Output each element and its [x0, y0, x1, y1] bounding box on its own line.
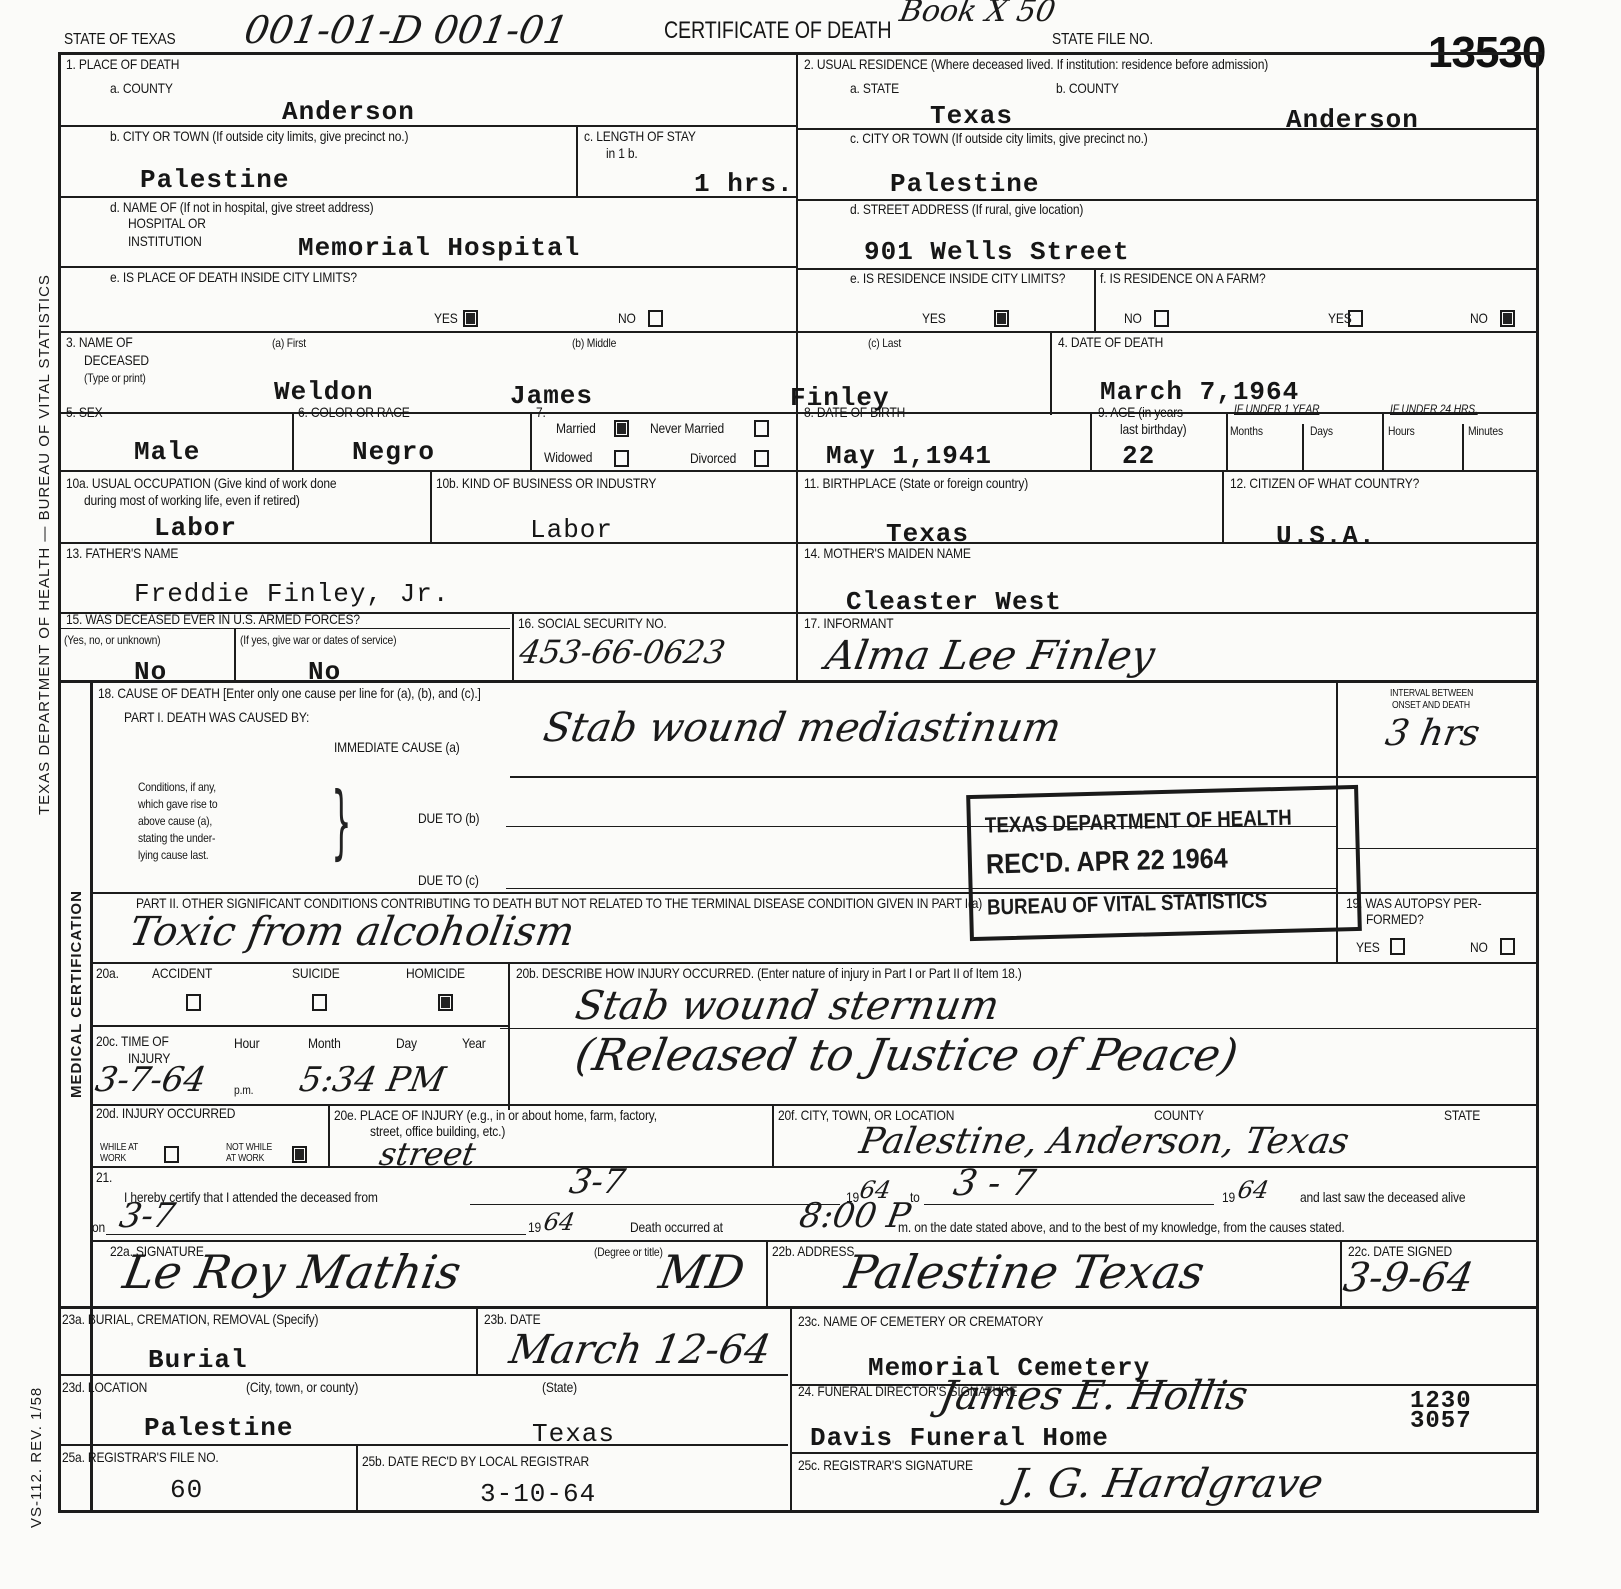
- rule: [1050, 331, 1052, 415]
- state-file-label: STATE FILE NO.: [1052, 32, 1153, 47]
- degree-label: (Degree or title): [594, 1246, 663, 1259]
- hour-label: Hour: [234, 1036, 259, 1051]
- cemetery-label: 23c. NAME OF CEMETERY OR CREMATORY: [798, 1314, 1043, 1329]
- res-street-value: 901 Wells Street: [864, 238, 1130, 266]
- occupation-value: Labor: [154, 514, 237, 542]
- citizen-value: U.S.A.: [1276, 522, 1376, 550]
- part2-value: Toxic from alcoholism: [127, 916, 576, 948]
- date-of-death-label: 4. DATE OF DEATH: [1058, 335, 1163, 350]
- married-label: Married: [556, 421, 596, 436]
- rule: [1094, 268, 1096, 332]
- rule: [1336, 848, 1538, 849]
- pod-county-value: Anderson: [282, 98, 415, 126]
- form-revision-label: VS-112. REV. 1/58: [28, 1387, 45, 1528]
- day-label: Day: [396, 1036, 417, 1051]
- rule: [106, 1234, 526, 1235]
- rule: [430, 470, 432, 542]
- location-city-label: (City, town, or county): [246, 1380, 358, 1395]
- age-label-1: 9. AGE (in years: [1098, 405, 1183, 420]
- under-24-hrs-label: IF UNDER 24 HRS.: [1390, 403, 1478, 416]
- rule: [1222, 470, 1224, 542]
- degree-value: MD: [657, 1256, 747, 1288]
- stamp-line-2: REC'D. APR 22 1964: [986, 842, 1229, 880]
- immediate-cause-label: IMMEDIATE CAUSE (a): [334, 740, 460, 755]
- first-name-value: Weldon: [274, 378, 374, 406]
- never-married-label: Never Married: [650, 421, 724, 436]
- armed-sub-label-2: (If yes, give war or dates of service): [240, 634, 396, 647]
- frame-bottom: [58, 1510, 1539, 1513]
- suicide-label: SUICIDE: [292, 966, 340, 981]
- rule: [60, 628, 510, 629]
- widowed-checkbox[interactable]: [614, 450, 629, 467]
- middle-name-value: James: [510, 382, 593, 410]
- mother-label: 14. MOTHER'S MAIDEN NAME: [804, 546, 971, 561]
- rule: [512, 612, 514, 682]
- res-state-value: Texas: [930, 102, 1013, 130]
- rule: [356, 1444, 358, 1512]
- due-to-c-label: DUE TO (c): [418, 873, 479, 888]
- rule: [790, 1306, 792, 1512]
- rule: [1226, 412, 1228, 470]
- minutes-label: Minutes: [1468, 425, 1503, 438]
- ssn-value: 453-66-0623: [517, 636, 728, 668]
- rule: [60, 680, 1538, 683]
- cert-num-label: 21.: [96, 1170, 112, 1185]
- rule: [60, 125, 796, 127]
- address-value: Palestine Texas: [843, 1256, 1206, 1288]
- divorced-label: Divorced: [690, 451, 736, 466]
- registrar-signature: J. G. Hardgrave: [1007, 1468, 1325, 1500]
- handwritten-code: 001-01-D 001-01: [242, 14, 570, 46]
- cert-on-date: 3-7: [117, 1200, 177, 1232]
- registrar-signature-label: 25c. REGISTRAR'S SIGNATURE: [798, 1458, 973, 1473]
- handwritten-note: Book X 50: [897, 0, 1058, 28]
- suicide-checkbox[interactable]: [312, 994, 327, 1011]
- burial-value: Burial: [148, 1346, 248, 1374]
- middle-name-label: (b) Middle: [572, 337, 616, 350]
- pod-no-label: NO: [618, 311, 636, 326]
- under-1-year-label: IF UNDER 1 YEAR: [1234, 403, 1319, 416]
- interval-value: 3 hrs: [1383, 718, 1482, 750]
- state-of-texas-label: STATE OF TEXAS: [64, 32, 176, 47]
- res-city-value: Palestine: [890, 170, 1039, 198]
- rule: [60, 331, 1538, 333]
- location-city-value: Palestine: [144, 1414, 293, 1442]
- rule: [530, 412, 532, 470]
- industry-label: 10b. KIND OF BUSINESS OR INDUSTRY: [436, 476, 656, 491]
- injury-occurred-label: 20d. INJURY OCCURRED: [96, 1106, 235, 1121]
- burial-date-label: 23b. DATE: [484, 1312, 540, 1327]
- marital-label: 7.: [536, 405, 546, 420]
- rule: [90, 1240, 1538, 1242]
- pod-stay-label: c. LENGTH OF STAY: [584, 129, 696, 144]
- pod-county-label: a. COUNTY: [110, 81, 173, 96]
- cause-label: 18. CAUSE OF DEATH [Enter only one cause…: [98, 686, 481, 701]
- res-yes-label: YES: [922, 311, 946, 326]
- res-county-label: b. COUNTY: [1056, 81, 1119, 96]
- rule: [60, 196, 796, 198]
- describe-injury-value-2: (Released to Justice of Peace): [573, 1040, 1240, 1072]
- pod-hospital-label-2: HOSPITAL OR: [128, 216, 206, 231]
- sex-value: Male: [134, 438, 200, 466]
- res-no-label: NO: [1124, 311, 1142, 326]
- stamp-line-1: TEXAS DEPARTMENT OF HEALTH: [985, 805, 1292, 839]
- armed-forces-label: 15. WAS DECEASED EVER IN U.S. ARMED FORC…: [66, 612, 360, 627]
- received-stamp: TEXAS DEPARTMENT OF HEALTH REC'D. APR 22…: [966, 785, 1362, 941]
- birthplace-label: 11. BIRTHPLACE (State or foreign country…: [804, 476, 1028, 491]
- certificate-title: CERTIFICATE OF DEATH: [664, 18, 891, 44]
- rule: [576, 125, 578, 197]
- rule: [328, 1104, 330, 1168]
- father-label: 13. FATHER'S NAME: [66, 546, 178, 561]
- burial-date-value: March 12-64: [507, 1334, 773, 1366]
- name-label-1: 3. NAME OF: [66, 335, 133, 350]
- autopsy-label-1: 19. WAS AUTOPSY PER-: [1346, 896, 1482, 911]
- local-registrar-date-label: 25b. DATE REC'D BY LOCAL REGISTRAR: [362, 1454, 589, 1469]
- father-value: Freddie Finley, Jr.: [134, 580, 449, 608]
- registrar-file-label: 25a. REGISTRAR'S FILE NO.: [62, 1450, 219, 1465]
- dob-label: 8. DATE OF BIRTH: [804, 405, 905, 420]
- accident-label: ACCIDENT: [152, 966, 212, 981]
- informant-label: 17. INFORMANT: [804, 616, 893, 631]
- rule: [470, 1204, 840, 1205]
- age-value: 22: [1122, 442, 1155, 470]
- autopsy-label-2: FORMED?: [1366, 912, 1424, 927]
- rule: [60, 1444, 788, 1446]
- rule: [772, 1104, 774, 1168]
- time-of-injury-hour: 5:34 PM: [297, 1064, 448, 1096]
- pod-city-value: Palestine: [140, 166, 289, 194]
- describe-injury-label: 20b. DESCRIBE HOW INJURY OCCURRED. (Ente…: [516, 966, 1022, 981]
- pod-inside-no-checkbox[interactable]: [648, 310, 663, 327]
- pod-hospital-label: d. NAME OF (If not in hospital, give str…: [110, 200, 373, 215]
- time-of-injury-date: 3-7-64: [93, 1064, 208, 1096]
- res-farm-no-checkbox[interactable]: [1500, 310, 1515, 327]
- burial-label: 23a. BURIAL, CREMATION, REMOVAL (Specify…: [62, 1312, 318, 1327]
- res-inside-limits-label: e. IS RESIDENCE INSIDE CITY LIMITS?: [850, 271, 1065, 286]
- widowed-label: Widowed: [544, 450, 592, 465]
- cert-to-year: 64: [1235, 1174, 1271, 1206]
- place-of-death-label: 1. PLACE OF DEATH: [66, 57, 179, 72]
- rule: [60, 470, 1538, 472]
- frame-right: [1536, 52, 1539, 1512]
- informant-value: Alma Lee Finley: [823, 640, 1157, 672]
- divorced-checkbox[interactable]: [754, 450, 769, 467]
- armed-sub-label-1: (Yes, no, or unknown): [64, 634, 160, 647]
- autopsy-yes-checkbox[interactable]: [1390, 938, 1405, 955]
- brace-icon: }: [331, 782, 351, 862]
- registrar-file-value: 60: [170, 1476, 203, 1504]
- rule: [90, 1025, 508, 1027]
- pod-inside-yes-checkbox[interactable]: [463, 310, 478, 327]
- res-city-label: c. CITY OR TOWN (If outside city limits,…: [850, 131, 1148, 146]
- conditions-line-3: above cause (a),: [138, 815, 212, 828]
- pm-label: p.m.: [234, 1084, 253, 1097]
- cert-year-prefix-2: 19: [1222, 1190, 1235, 1205]
- not-while-at-work-checkbox[interactable]: [292, 1146, 307, 1163]
- place-of-injury-label: 20e. PLACE OF INJURY (e.g., in or about …: [334, 1108, 657, 1123]
- autopsy-yes-label: YES: [1356, 940, 1380, 955]
- res-inside-no-checkbox[interactable]: [1154, 310, 1169, 327]
- accident-checkbox[interactable]: [186, 994, 201, 1011]
- describe-injury-value-1: Stab wound sternum: [573, 990, 1001, 1022]
- res-farm-no-label: NO: [1470, 311, 1488, 326]
- autopsy-no-checkbox[interactable]: [1500, 938, 1515, 955]
- homicide-label: HOMICIDE: [406, 966, 465, 981]
- due-to-b-label: DUE TO (b): [418, 811, 479, 826]
- ssn-label: 16. SOCIAL SECURITY NO.: [518, 616, 667, 631]
- conditions-line-2: which gave rise to: [138, 798, 218, 811]
- conditions-line-1: Conditions, if any,: [138, 781, 216, 794]
- medical-certification-label: MEDICAL CERTIFICATION: [68, 890, 85, 1098]
- immediate-cause-value: Stab wound mediastinum: [541, 712, 1063, 744]
- rule: [90, 1166, 1538, 1168]
- address-label: 22b. ADDRESS: [772, 1244, 854, 1259]
- interval-label-1: INTERVAL BETWEEN: [1390, 688, 1473, 699]
- funeral-home-code-2: 3057: [1410, 1412, 1472, 1432]
- dob-value: May 1,1941: [826, 442, 992, 470]
- not-while-at-work-label: NOT WHILE: [226, 1142, 272, 1153]
- res-state-label: a. STATE: [850, 81, 899, 96]
- name-label-3: (Type or print): [84, 372, 146, 385]
- rule: [58, 1306, 1538, 1309]
- death-occurred-at-value: 8:00 P: [797, 1200, 913, 1232]
- location-state-label: (State): [542, 1380, 577, 1395]
- date-signed-value: 3-9-64: [1341, 1262, 1475, 1294]
- rule: [1090, 412, 1092, 470]
- cert-to-value: 3 - 7: [951, 1168, 1038, 1200]
- rule: [1302, 424, 1304, 470]
- time-of-injury-label: 20c. TIME OF: [96, 1034, 169, 1049]
- not-while-at-work-label-2: AT WORK: [226, 1153, 264, 1164]
- divider-col-mid: [796, 52, 798, 682]
- never-married-checkbox[interactable]: [754, 420, 769, 437]
- citizen-label: 12. CITIZEN OF WHAT COUNTRY?: [1230, 476, 1419, 491]
- hours-label: Hours: [1388, 425, 1415, 438]
- cert-from-value: 3-7: [567, 1166, 627, 1198]
- injury-type-label: 20a.: [96, 966, 119, 981]
- occupation-label-2: during most of working life, even if ret…: [84, 493, 300, 508]
- frame-left: [58, 52, 61, 1512]
- frame-top: [58, 52, 1542, 55]
- rule: [924, 1204, 1214, 1205]
- months-label: Months: [1230, 425, 1263, 438]
- days-label: Days: [1310, 425, 1333, 438]
- rule: [510, 776, 1538, 778]
- month-label: Month: [308, 1036, 341, 1051]
- race-value: Negro: [352, 438, 435, 466]
- year-label: Year: [462, 1036, 486, 1051]
- occupation-label-1: 10a. USUAL OCCUPATION (Give kind of work…: [66, 476, 336, 491]
- residence-label: 2. USUAL RESIDENCE (Where deceased lived…: [804, 57, 1268, 72]
- injury-state-label: STATE: [1444, 1108, 1480, 1123]
- rule: [234, 628, 236, 682]
- industry-value: Labor: [530, 516, 613, 544]
- rule: [1382, 412, 1384, 470]
- rule: [508, 962, 510, 1110]
- death-occurred-at-label: Death occurred at: [630, 1220, 723, 1235]
- cert-text-2: and last saw the deceased alive: [1300, 1190, 1465, 1205]
- conditions-line-4: stating the under-: [138, 832, 215, 845]
- pod-stay-value: 1 hrs.: [694, 170, 794, 198]
- rule: [90, 962, 1538, 964]
- pod-stay-label-2: in 1 b.: [606, 146, 638, 161]
- name-label-2: DECEASED: [84, 353, 149, 368]
- cert-on-year: 64: [541, 1206, 577, 1238]
- res-farm-label: f. IS RESIDENCE ON A FARM?: [1100, 271, 1265, 286]
- funeral-home-value: Davis Funeral Home: [810, 1424, 1109, 1452]
- cert-year-prefix-3: 19: [528, 1220, 541, 1235]
- married-checkbox[interactable]: [614, 420, 629, 437]
- cert-on-label: on: [92, 1220, 105, 1235]
- while-at-work-checkbox[interactable]: [164, 1146, 179, 1163]
- pod-yes-label: YES: [434, 311, 458, 326]
- rule: [790, 1452, 1538, 1454]
- autopsy-no-label: NO: [1470, 940, 1488, 955]
- cert-text-3: m. on the date stated above, and to the …: [898, 1220, 1345, 1235]
- first-name-label: (a) First: [272, 337, 306, 350]
- rule: [90, 1104, 1538, 1106]
- rule: [476, 1306, 478, 1376]
- while-at-work-label-2: WORK: [100, 1153, 126, 1164]
- pod-city-label: b. CITY OR TOWN (If outside city limits,…: [110, 129, 408, 144]
- homicide-checkbox[interactable]: [438, 994, 453, 1011]
- funeral-director-signature: James E. Hollis: [937, 1380, 1250, 1412]
- while-at-work-label: WHILE AT: [100, 1142, 138, 1153]
- last-name-label: (c) Last: [868, 337, 901, 350]
- stamp-line-3: BUREAU OF VITAL STATISTICS: [987, 887, 1268, 920]
- location-label: 23d. LOCATION: [62, 1380, 147, 1395]
- sex-label: 5. SEX: [66, 405, 102, 420]
- injury-location-value: Palestine, Anderson, Texas: [857, 1126, 1351, 1158]
- rule: [292, 412, 294, 470]
- part1-label: PART I. DEATH WAS CAUSED BY:: [124, 710, 309, 725]
- res-inside-yes-checkbox[interactable]: [994, 310, 1009, 327]
- rule: [60, 266, 796, 268]
- age-label-2: last birthday): [1120, 422, 1187, 437]
- res-street-label: d. STREET ADDRESS (If rural, give locati…: [850, 202, 1083, 217]
- physician-signature: Le Roy Mathis: [121, 1256, 463, 1288]
- department-side-label: TEXAS DEPARTMENT OF HEALTH — BUREAU OF V…: [36, 274, 53, 815]
- rule: [766, 1240, 768, 1308]
- local-registrar-date-value: 3-10-64: [480, 1480, 596, 1508]
- res-farm-yes-checkbox[interactable]: [1348, 310, 1363, 327]
- race-label: 6. COLOR OR RACE: [298, 405, 410, 420]
- pod-hospital-label-3: INSTITUTION: [128, 234, 202, 249]
- rule: [1462, 424, 1464, 470]
- pod-inside-limits-label: e. IS PLACE OF DEATH INSIDE CITY LIMITS?: [110, 270, 357, 285]
- pod-hospital-value: Memorial Hospital: [298, 234, 580, 262]
- rule: [500, 1028, 1538, 1029]
- rule: [60, 1374, 788, 1376]
- conditions-line-5: lying cause last.: [138, 849, 209, 862]
- interval-label-2: ONSET AND DEATH: [1392, 700, 1470, 711]
- rule: [60, 542, 1538, 544]
